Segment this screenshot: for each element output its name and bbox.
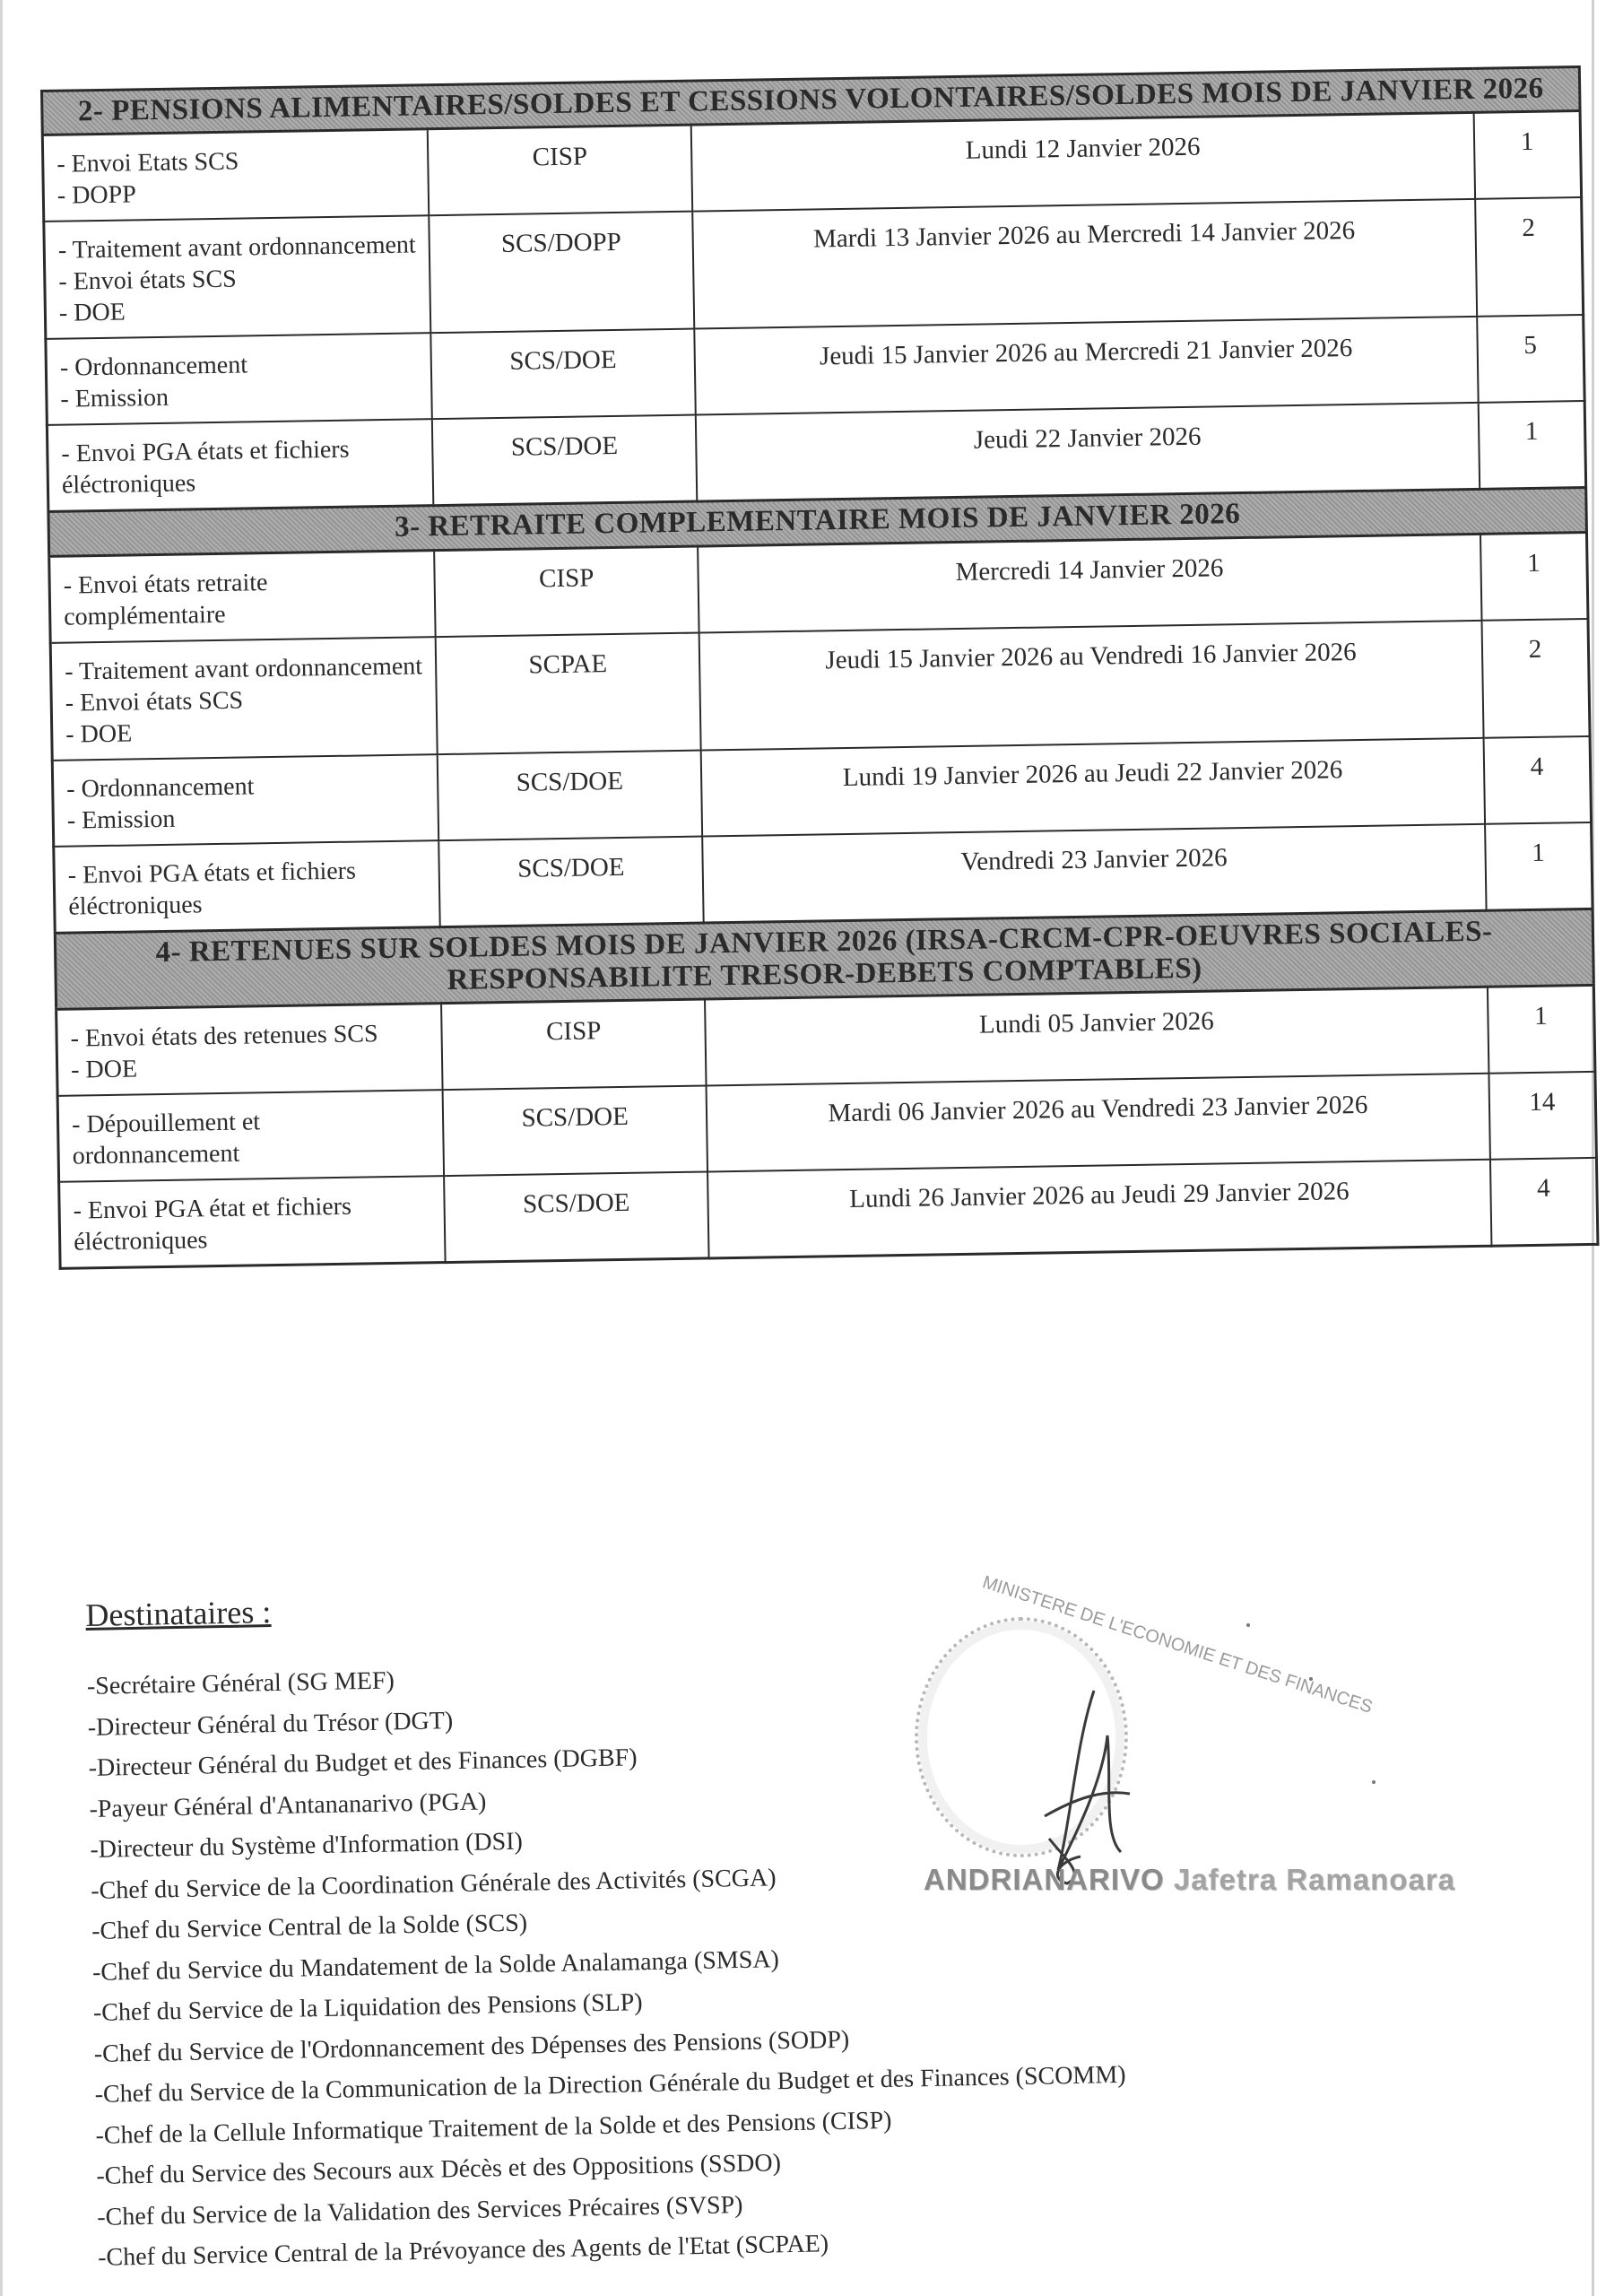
service-cell: SCS/DOE [432,415,697,506]
task-cell: - Traitement avant ordonnancement- Envoi… [50,637,438,761]
task-cell: - Ordonnancement- Emission [46,333,432,425]
task-line: - Emission [60,378,419,415]
service-cell: SCS/DOE [443,1086,707,1177]
days-cell: 4 [1483,736,1591,824]
schedule-table: 2- PENSIONS ALIMENTAIRES/SOLDES ET CESSI… [40,65,1599,1270]
task-line: - DOPP [57,175,416,212]
task-cell: - Traitement avant ordonnancement- Envoi… [44,216,431,340]
service-cell: SCPAE [436,632,701,754]
task-line: - DOE [71,1049,430,1086]
dates-cell: Mardi 13 Janvier 2026 au Mercredi 14 Jan… [692,199,1477,329]
days-cell: 1 [1474,111,1582,199]
task-line: - Emission [67,799,426,836]
service-cell: CISP [441,999,706,1090]
task-line: - Envoi PGA états et fichiers éléctroniq… [67,854,426,922]
service-cell: CISP [434,546,699,637]
days-cell: 5 [1477,315,1584,403]
days-cell: 1 [1485,822,1593,910]
dates-cell: Lundi 19 Janvier 2026 au Jeudi 22 Janvie… [701,737,1485,836]
days-cell: 14 [1488,1072,1596,1160]
task-cell: - Ordonnancement- Emission [52,754,438,847]
dates-cell: Mardi 06 Janvier 2026 au Vendredi 23 Jan… [706,1074,1489,1172]
signature-block: MINISTERE DE L'ECONOMIE ET DES FINANCES … [888,1592,1444,1897]
days-cell: 1 [1480,532,1588,620]
schedule-sheet: 2- PENSIONS ALIMENTAIRES/SOLDES ET CESSI… [40,65,1599,1270]
task-line: - Envoi états retraite complémentaire [63,564,421,632]
days-cell: 2 [1475,197,1584,317]
task-cell: - Dépouillement et ordonnancement [57,1090,444,1182]
task-cell: - Envoi PGA états et fichiers éléctroniq… [47,419,433,511]
dates-cell: Vendredi 23 Janvier 2026 [702,823,1486,922]
dates-cell: Jeudi 15 Janvier 2026 au Vendredi 16 Jan… [699,620,1484,750]
task-line: - Traitement avant ordonnancement [58,230,417,266]
task-line: - Envoi PGA état et fichiers éléctroniqu… [73,1189,431,1257]
service-cell: SCS/DOE [444,1172,708,1263]
service-cell: CISP [428,125,692,215]
dates-cell: Lundi 26 Janvier 2026 au Jeudi 29 Janvie… [707,1160,1491,1258]
task-cell: - Envoi états retraite complémentaire [49,550,436,642]
task-cell: - Envoi états des retenues SCS- DOE [56,1004,443,1096]
dates-cell: Lundi 12 Janvier 2026 [691,113,1475,212]
task-line: - DOE [65,713,424,750]
days-cell: 1 [1488,986,1595,1074]
days-cell: 1 [1479,401,1586,489]
task-cell: - Envoi PGA état et fichiers éléctroniqu… [59,1176,446,1268]
task-cell: - Envoi Etats SCS- DOPP [42,129,429,222]
task-cell: - Envoi PGA états et fichiers éléctroniq… [54,840,440,933]
signer-name: ANDRIANARIVO Jafetra Ramanoara [924,1863,1455,1897]
service-cell: SCS/DOPP [430,212,695,334]
service-cell: SCS/DOE [439,836,704,926]
task-line: - Dépouillement et ordonnancement [72,1104,430,1172]
recipients-title: Destinataires : [85,1593,272,1634]
days-cell: 4 [1490,1158,1598,1246]
task-line: - Envoi PGA états et fichiers éléctroniq… [61,433,420,501]
days-cell: 2 [1481,619,1590,738]
handwritten-signature-icon [1040,1682,1148,1888]
dates-cell: Lundi 05 Janvier 2026 [705,987,1488,1085]
task-line: - Traitement avant ordonnancement [65,650,423,687]
task-line: - DOE [59,292,418,329]
service-cell: SCS/DOE [431,329,696,420]
dates-cell: Jeudi 15 Janvier 2026 au Mercredi 21 Jan… [694,317,1478,415]
page-left-edge [0,0,3,2296]
dates-cell: Jeudi 22 Janvier 2026 [696,403,1480,501]
task-line: - Envoi états des retenues SCS [70,1018,429,1055]
dates-cell: Mercredi 14 Janvier 2026 [698,534,1481,632]
service-cell: SCS/DOE [438,750,702,840]
